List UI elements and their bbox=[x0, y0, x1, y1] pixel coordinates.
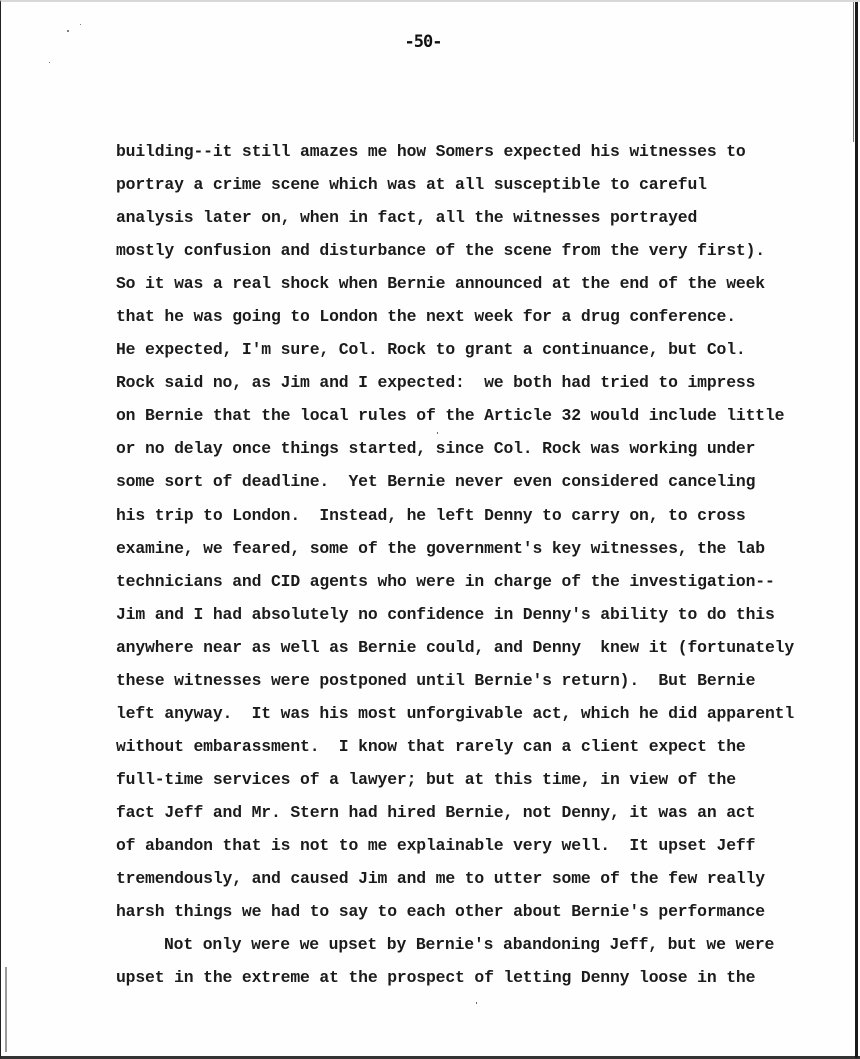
scan-speck bbox=[49, 62, 50, 63]
text-line: anywhere near as well as Bernie could, a… bbox=[116, 631, 856, 664]
paragraph: Not only were we upset by Bernie's aband… bbox=[116, 928, 856, 994]
paragraph: building--it still amazes me how Somers … bbox=[116, 135, 856, 928]
text-line: analysis later on, when in fact, all the… bbox=[116, 201, 856, 234]
text-line: that he was going to London the next wee… bbox=[116, 300, 856, 333]
text-line: building--it still amazes me how Somers … bbox=[116, 135, 856, 168]
text-line: his trip to London. Instead, he left Den… bbox=[116, 499, 856, 532]
text-line: on Bernie that the local rules of the Ar… bbox=[116, 399, 856, 432]
document-page: -50- building--it still amazes me how So… bbox=[0, 0, 860, 1059]
scan-speck bbox=[80, 24, 81, 25]
text-line: full-time services of a lawyer; but at t… bbox=[116, 763, 856, 796]
text-line: mostly confusion and disturbance of the … bbox=[116, 234, 856, 267]
document-body: building--it still amazes me how Somers … bbox=[116, 135, 856, 994]
text-line: Not only were we upset by Bernie's aband… bbox=[116, 928, 856, 961]
text-line: Jim and I had absolutely no confidence i… bbox=[116, 598, 856, 631]
scan-edge-line-inner bbox=[853, 2, 854, 142]
text-line: these witnesses were postponed until Ber… bbox=[116, 664, 856, 697]
text-line: So it was a real shock when Bernie annou… bbox=[116, 267, 856, 300]
text-line: of abandon that is not to me explainable… bbox=[116, 829, 856, 862]
text-line: examine, we feared, some of the governme… bbox=[116, 532, 856, 565]
scan-speck bbox=[476, 1002, 477, 1004]
text-line: without embarassment. I know that rarely… bbox=[116, 730, 856, 763]
text-line: tremendously, and caused Jim and me to u… bbox=[116, 862, 856, 895]
text-line: portray a crime scene which was at all s… bbox=[116, 168, 856, 201]
text-line: fact Jeff and Mr. Stern had hired Bernie… bbox=[116, 796, 856, 829]
scan-margin-mark bbox=[5, 967, 7, 1052]
text-line: He expected, I'm sure, Col. Rock to gran… bbox=[116, 333, 856, 366]
text-line: technicians and CID agents who were in c… bbox=[116, 565, 856, 598]
text-line: or no delay once things started, since C… bbox=[116, 432, 856, 465]
text-line: left anyway. It was his most unforgivabl… bbox=[116, 697, 856, 730]
page-number: -50- bbox=[0, 32, 853, 52]
text-line: upset in the extreme at the prospect of … bbox=[116, 961, 856, 994]
text-line: harsh things we had to say to each other… bbox=[116, 895, 856, 928]
text-line: Rock said no, as Jim and I expected: we … bbox=[116, 366, 856, 399]
text-line: some sort of deadline. Yet Bernie never … bbox=[116, 465, 856, 498]
